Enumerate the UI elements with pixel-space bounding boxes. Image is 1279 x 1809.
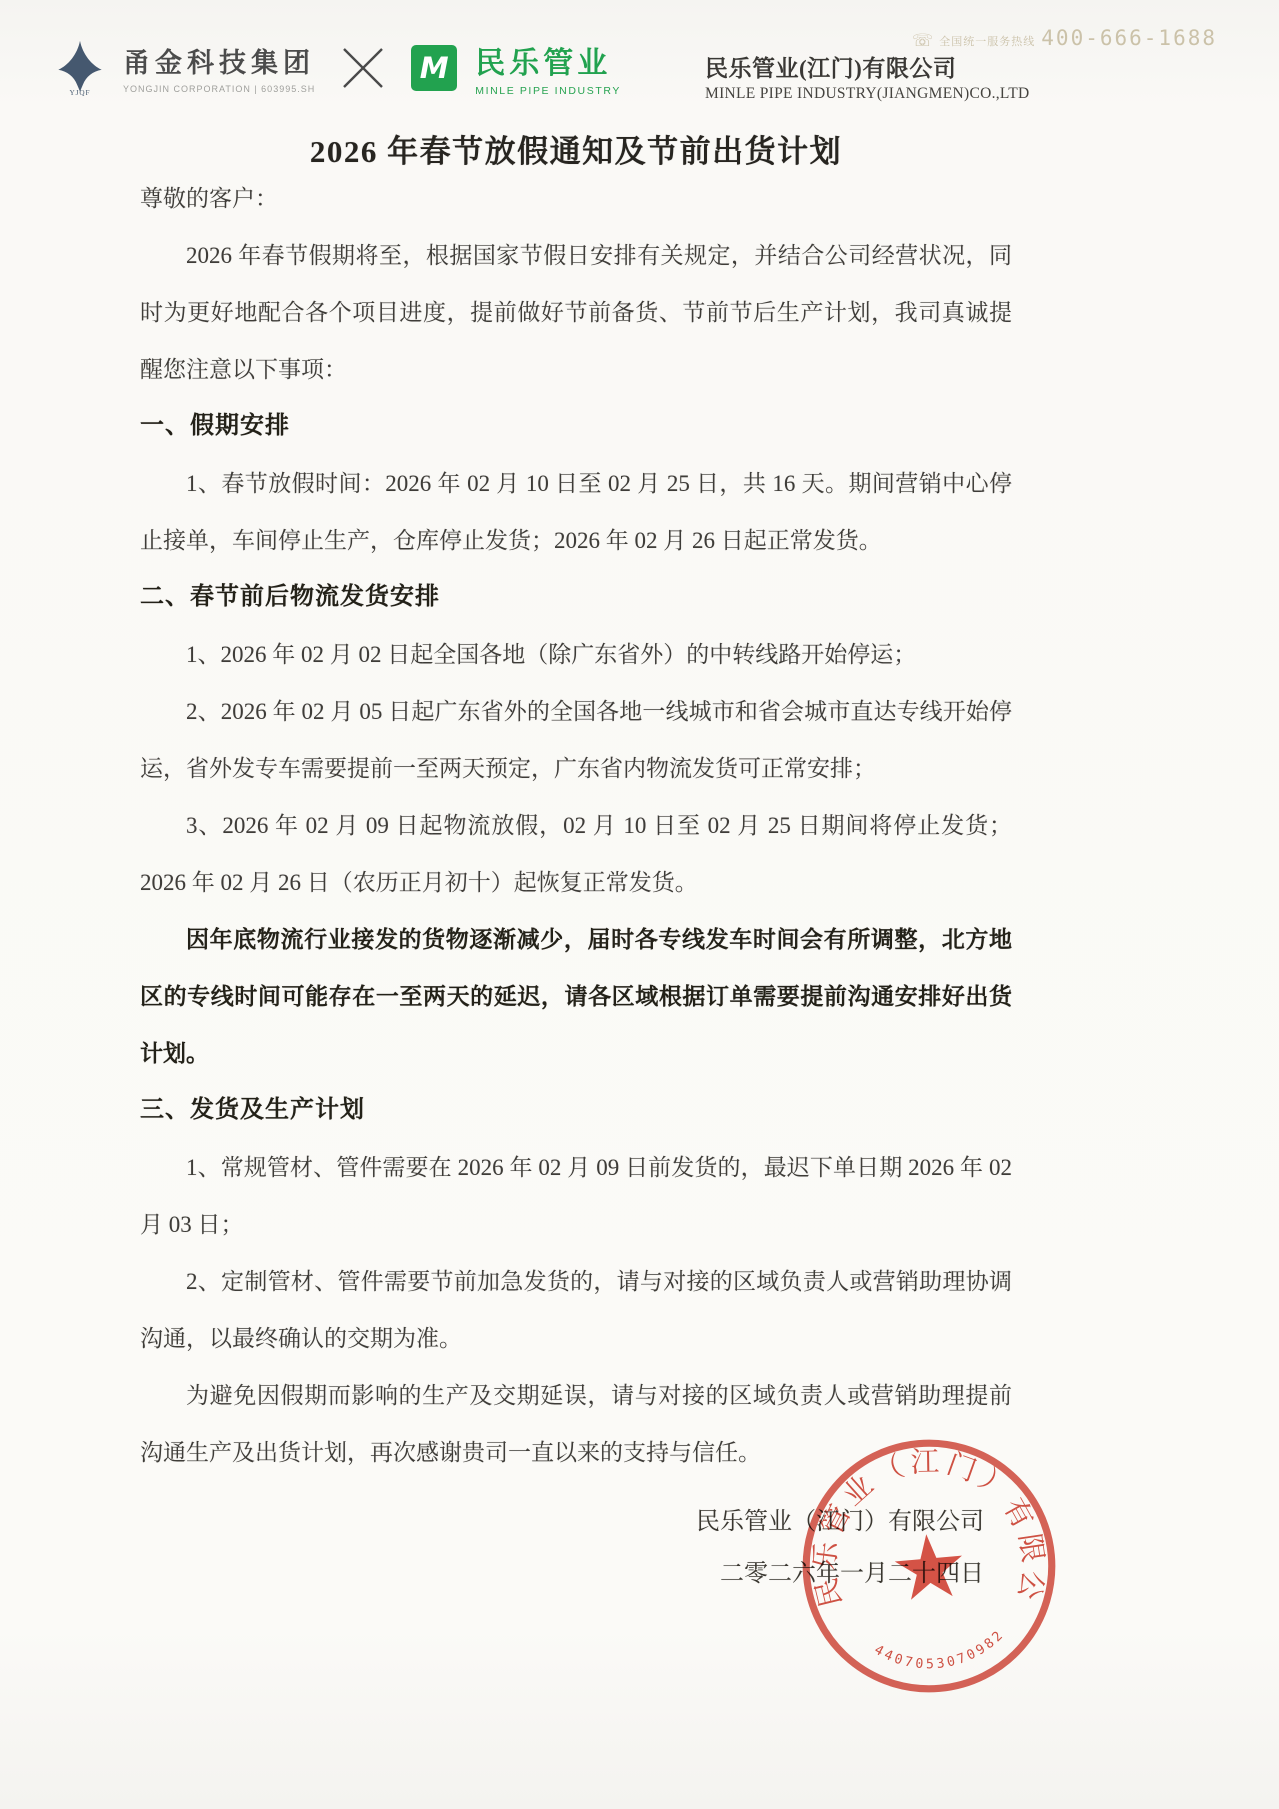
- phone-icon: ☏: [912, 31, 933, 51]
- document-body: 尊敬的客户： 2026 年春节假期将至，根据国家节假日安排有关规定，并结合公司经…: [140, 170, 1012, 1481]
- section-2-paragraph-3: 3、2026 年 02 月 09 日起物流放假，02 月 10 日至 02 月 …: [140, 797, 1012, 911]
- company-name-cn: 民乐管业(江门)有限公司: [705, 50, 1030, 83]
- yongjin-logo-text: 甬金科技集团 YONGJIN CORPORATION | 603995.SH: [123, 41, 315, 94]
- section-2-heading: 二、春节前后物流发货安排: [140, 569, 1012, 626]
- yongjin-logo-icon: YJQF: [55, 40, 105, 96]
- company-name-en: MINLE PIPE INDUSTRY(JIANGMEN)CO.,LTD: [705, 85, 1030, 103]
- company-seal: 民乐管业（江门）有限公司 ★ 4407053070982: [785, 1422, 1073, 1710]
- hotline-number: 400-666-1688: [1041, 26, 1217, 50]
- seal-star-icon: ★: [885, 1512, 973, 1621]
- yongjin-bird-icon: YJQF: [55, 40, 105, 96]
- minle-badge-icon: M: [411, 45, 457, 91]
- page-title: 2026 年春节放假通知及节前出货计划: [140, 126, 1012, 171]
- section-1-paragraph-1: 1、春节放假时间：2026 年 02 月 10 日至 02 月 25 日，共 1…: [140, 455, 1012, 569]
- section-3-paragraph-1: 1、常规管材、管件需要在 2026 年 02 月 09 日前发货的，最迟下单日期…: [140, 1139, 1012, 1253]
- header-company-block: 民乐管业(江门)有限公司 MINLE PIPE INDUSTRY(JIANGME…: [705, 50, 1030, 103]
- section-2-paragraph-2: 2、2026 年 02 月 05 日起广东省外的全国各地一线城市和省会城市直达专…: [140, 683, 1012, 797]
- minle-name: 民乐管业: [475, 38, 621, 82]
- hotline: ☏ 全国统一服务热线 400-666-1688: [912, 26, 1217, 50]
- logo-separator-x-icon: [339, 44, 387, 92]
- salutation: 尊敬的客户：: [140, 170, 1012, 227]
- header-logos: YJQF 甬金科技集团 YONGJIN CORPORATION | 603995…: [55, 38, 621, 97]
- intro-paragraph: 2026 年春节假期将至，根据国家节假日安排有关规定，并结合公司经营状况，同时为…: [140, 227, 1012, 398]
- hotline-label: 全国统一服务热线: [939, 33, 1035, 49]
- section-2-bold-note: 因年底物流行业接发的货物逐渐减少，届时各专线发车时间会有所调整，北方地区的专线时…: [140, 911, 1012, 1082]
- yongjin-subtitle: YONGJIN CORPORATION | 603995.SH: [123, 84, 315, 94]
- yongjin-badge-text: YJQF: [70, 89, 91, 96]
- minle-subtitle: MINLE PIPE INDUSTRY: [475, 85, 621, 97]
- yongjin-name: 甬金科技集团: [123, 41, 315, 80]
- section-1-heading: 一、假期安排: [140, 398, 1012, 455]
- scanned-notice-page: YJQF 甬金科技集团 YONGJIN CORPORATION | 603995…: [0, 0, 1279, 1809]
- section-3-heading: 三、发货及生产计划: [140, 1082, 1012, 1139]
- minle-logo-text: 民乐管业 MINLE PIPE INDUSTRY: [475, 38, 621, 97]
- section-2-paragraph-1: 1、2026 年 02 月 02 日起全国各地（除广东省外）的中转线路开始停运；: [140, 626, 1012, 683]
- section-3-paragraph-2: 2、定制管材、管件需要节前加急发货的，请与对接的区域负责人或营销助理协调沟通，以…: [140, 1253, 1012, 1367]
